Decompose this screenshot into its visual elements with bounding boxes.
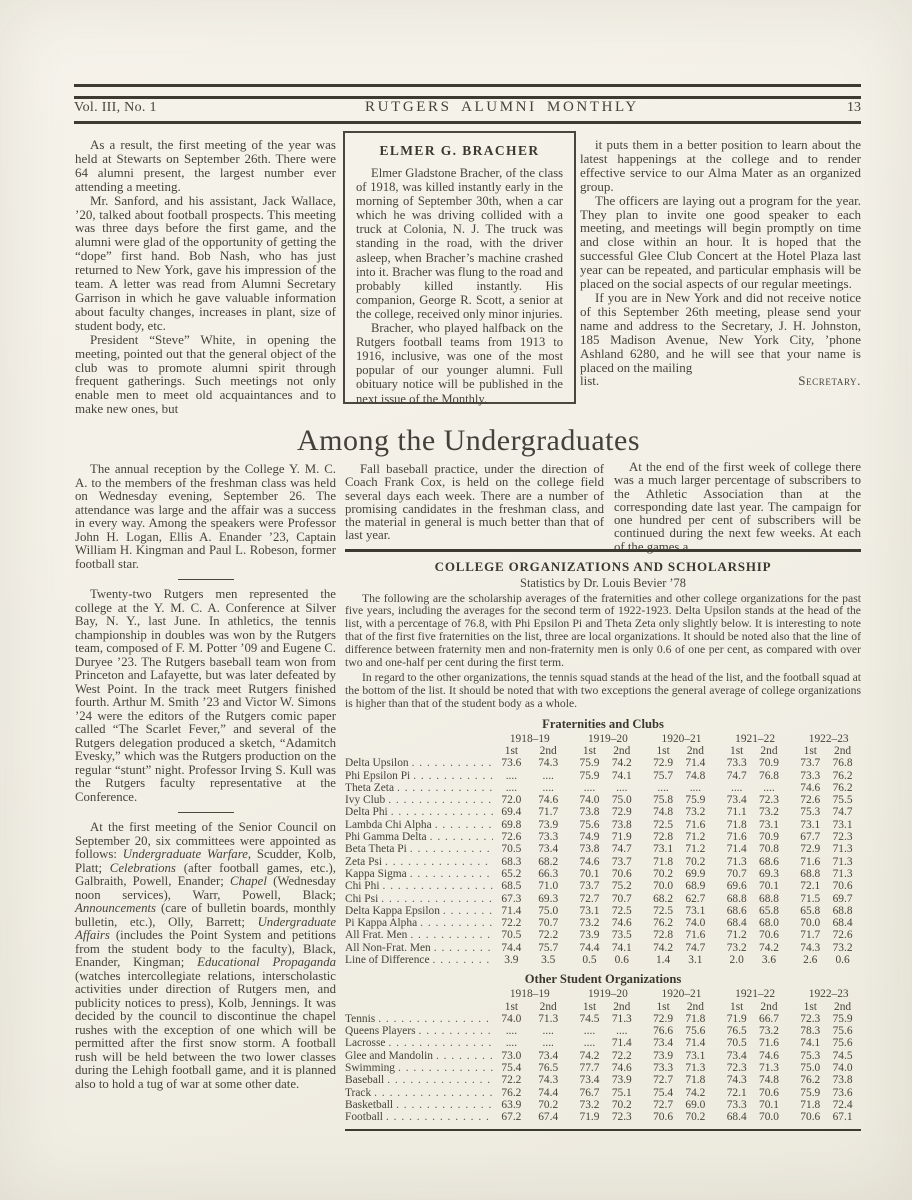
- value-cell: 69.4: [493, 806, 530, 818]
- year-header: 1921–22: [714, 733, 788, 745]
- paragraph: In regard to the other organizations, th…: [345, 672, 861, 711]
- value-cell: 70.2: [677, 1111, 714, 1123]
- value-cell: 73.1: [677, 905, 714, 917]
- row-label: Tennis: [345, 1013, 493, 1025]
- value-cell: 74.0: [677, 917, 714, 929]
- paragraph: The annual reception by the College Y. M…: [75, 463, 336, 571]
- value-cell: 72.3: [714, 1062, 751, 1074]
- term-header: 1st: [567, 1001, 604, 1013]
- value-cell: 65.8: [787, 905, 824, 917]
- value-cell: 71.2: [677, 831, 714, 843]
- value-cell: 71.3: [824, 868, 861, 880]
- value-cell: ....: [567, 1037, 604, 1049]
- value-cell: ....: [493, 770, 530, 782]
- paragraph-divider: [178, 579, 234, 580]
- row-label: Football: [345, 1111, 493, 1123]
- value-cell: 74.6: [603, 1062, 640, 1074]
- value-cell: 72.8: [640, 929, 677, 941]
- value-cell: 71.3: [751, 1062, 788, 1074]
- value-cell: 70.6: [603, 868, 640, 880]
- value-cell: 74.8: [640, 806, 677, 818]
- value-cell: 70.7: [714, 868, 751, 880]
- value-cell: 70.6: [751, 1087, 788, 1099]
- value-cell: 68.2: [640, 893, 677, 905]
- value-cell: 72.5: [640, 819, 677, 831]
- value-cell: 75.9: [567, 770, 604, 782]
- term-header: 1st: [493, 745, 530, 757]
- value-cell: 72.0: [493, 794, 530, 806]
- value-cell: 0.6: [603, 954, 640, 966]
- row-label: Phi Epsilon Pi: [345, 770, 493, 782]
- value-cell: 74.2: [640, 942, 677, 954]
- value-cell: 72.5: [603, 905, 640, 917]
- value-cell: 73.4: [640, 1037, 677, 1049]
- value-cell: ....: [493, 1037, 530, 1049]
- row-label: Pi Kappa Alpha: [345, 917, 493, 929]
- year-header: 1922–23: [787, 733, 861, 745]
- value-cell: 73.9: [603, 1074, 640, 1086]
- value-cell: 68.4: [714, 917, 751, 929]
- value-cell: 74.3: [714, 1074, 751, 1086]
- row-label: Glee and Mandolin: [345, 1050, 493, 1062]
- value-cell: 68.8: [824, 905, 861, 917]
- term-header: 2nd: [751, 1001, 788, 1013]
- dot-leader: [396, 1099, 493, 1111]
- row-label: Delta Kappa Epsilon: [345, 905, 493, 917]
- value-cell: 72.3: [824, 831, 861, 843]
- dot-leader: [374, 1087, 493, 1099]
- dot-leader: [388, 1037, 493, 1049]
- value-cell: 71.4: [677, 757, 714, 769]
- value-cell: 74.2: [603, 757, 640, 769]
- value-cell: 73.2: [751, 806, 788, 818]
- value-cell: 74.4: [567, 942, 604, 954]
- value-cell: 71.6: [677, 819, 714, 831]
- bottom-rule: [345, 1129, 861, 1132]
- term-header: 1st: [640, 745, 677, 757]
- table-row: Zeta Psi68.368.274.673.771.870.271.368.6…: [345, 856, 861, 868]
- row-label: Lacrosse: [345, 1037, 493, 1049]
- value-cell: 71.9: [714, 1013, 751, 1025]
- term-header: 1st: [640, 1001, 677, 1013]
- value-cell: 73.1: [787, 819, 824, 831]
- dot-leader: [436, 1050, 493, 1062]
- header-double-rule: [74, 84, 861, 99]
- term-header: 2nd: [677, 1001, 714, 1013]
- value-cell: 68.3: [493, 856, 530, 868]
- value-cell: ....: [567, 1025, 604, 1037]
- value-cell: 70.1: [567, 868, 604, 880]
- value-cell: 73.9: [567, 929, 604, 941]
- value-cell: ....: [530, 1037, 567, 1049]
- value-cell: ....: [640, 782, 677, 794]
- value-cell: 70.7: [603, 893, 640, 905]
- dot-leader: [383, 880, 493, 892]
- value-cell: 71.9: [567, 1111, 604, 1123]
- value-cell: 71.5: [787, 893, 824, 905]
- row-label: Basketball: [345, 1099, 493, 1111]
- value-cell: 65.2: [493, 868, 530, 880]
- paragraph: The officers are laying out a program fo…: [580, 194, 861, 291]
- term-header: 2nd: [751, 745, 788, 757]
- value-cell: 74.6: [603, 917, 640, 929]
- term-header: 1st: [714, 745, 751, 757]
- table-year-header-row: 1918–191919–201920–211921–221922–23: [345, 733, 861, 745]
- value-cell: 3.6: [751, 954, 788, 966]
- paragraph: At the end of the first week of college …: [614, 461, 861, 554]
- value-cell: 76.6: [640, 1025, 677, 1037]
- table-row: Glee and Mandolin73.073.474.272.273.973.…: [345, 1050, 861, 1062]
- value-cell: 76.7: [567, 1087, 604, 1099]
- value-cell: 1.4: [640, 954, 677, 966]
- value-cell: 74.6: [530, 794, 567, 806]
- value-cell: 73.2: [567, 1099, 604, 1111]
- term-header: 2nd: [530, 1001, 567, 1013]
- table-row: Delta Upsilon73.674.375.974.272.971.473.…: [345, 757, 861, 769]
- value-cell: 70.9: [751, 831, 788, 843]
- value-cell: 70.5: [493, 929, 530, 941]
- value-cell: 3.5: [530, 954, 567, 966]
- paragraph: If you are in New York and did not recei…: [580, 291, 861, 374]
- value-cell: 74.0: [567, 794, 604, 806]
- table-row: Kappa Sigma65.266.370.170.670.269.970.76…: [345, 868, 861, 880]
- row-label: Delta Upsilon: [345, 757, 493, 769]
- value-cell: 76.8: [824, 757, 861, 769]
- value-cell: 78.3: [787, 1025, 824, 1037]
- value-cell: 70.9: [751, 757, 788, 769]
- organizations-table: 1918–191919–201920–211921–221922–231st2n…: [345, 988, 861, 1123]
- value-cell: 73.3: [787, 770, 824, 782]
- value-cell: 73.2: [824, 942, 861, 954]
- value-cell: 71.8: [640, 856, 677, 868]
- value-cell: 76.2: [824, 770, 861, 782]
- table-row: Swimming75.476.577.774.673.371.372.371.3…: [345, 1062, 861, 1074]
- dot-leader: [391, 806, 493, 818]
- value-cell: ....: [603, 782, 640, 794]
- value-cell: 73.2: [677, 806, 714, 818]
- value-cell: 76.2: [787, 1074, 824, 1086]
- row-label: Line of Difference: [345, 954, 493, 966]
- value-cell: 73.2: [714, 942, 751, 954]
- scholarship-byline: Statistics by Dr. Louis Bevier ’78: [345, 576, 861, 591]
- value-cell: 71.8: [787, 1099, 824, 1111]
- table-row: Lacrosse............71.473.471.470.571.6…: [345, 1037, 861, 1049]
- value-cell: 72.3: [751, 794, 788, 806]
- value-cell: 71.6: [751, 1037, 788, 1049]
- row-label: Track: [345, 1087, 493, 1099]
- value-cell: 73.8: [824, 1074, 861, 1086]
- value-cell: 70.6: [751, 929, 788, 941]
- header-rule: [74, 121, 861, 124]
- value-cell: 71.3: [824, 843, 861, 855]
- value-cell: 75.0: [787, 1062, 824, 1074]
- year-header: 1918–19: [493, 733, 567, 745]
- value-cell: 71.9: [603, 831, 640, 843]
- value-cell: 73.1: [751, 819, 788, 831]
- value-cell: 73.9: [530, 819, 567, 831]
- value-cell: 70.7: [530, 917, 567, 929]
- paragraph: Bracher, who played halfback on the Rutg…: [356, 321, 563, 406]
- value-cell: 73.2: [567, 917, 604, 929]
- value-cell: 73.6: [493, 757, 530, 769]
- value-cell: 70.0: [787, 917, 824, 929]
- year-header: 1920–21: [640, 733, 714, 745]
- value-cell: 74.4: [530, 1087, 567, 1099]
- value-cell: ....: [530, 1025, 567, 1037]
- value-cell: 71.7: [787, 929, 824, 941]
- value-cell: 67.7: [787, 831, 824, 843]
- table-row: Chi Psi67.369.372.770.768.262.768.868.87…: [345, 893, 861, 905]
- value-cell: 72.6: [824, 929, 861, 941]
- value-cell: 70.6: [787, 1111, 824, 1123]
- year-header: 1919–20: [567, 988, 641, 1000]
- value-cell: 75.7: [640, 770, 677, 782]
- obituary-title: ELMER G. BRACHER: [356, 143, 563, 159]
- term-header: 1st: [787, 745, 824, 757]
- value-cell: ....: [714, 782, 751, 794]
- row-label: Beta Theta Pi: [345, 843, 493, 855]
- value-cell: 73.8: [567, 806, 604, 818]
- year-header: 1921–22: [714, 988, 788, 1000]
- value-cell: 75.9: [567, 757, 604, 769]
- value-cell: 73.7: [567, 880, 604, 892]
- value-cell: 72.6: [787, 794, 824, 806]
- table-term-header-row: 1st2nd1st2nd1st2nd1st2nd1st2nd: [345, 1001, 861, 1013]
- value-cell: ....: [493, 782, 530, 794]
- paragraph: The following are the scholarship averag…: [345, 593, 861, 670]
- term-header: 2nd: [603, 745, 640, 757]
- value-cell: 68.4: [714, 1111, 751, 1123]
- value-cell: 76.5: [530, 1062, 567, 1074]
- value-cell: 71.8: [677, 1013, 714, 1025]
- value-cell: 68.0: [751, 917, 788, 929]
- page-header: Vol. III, No. 1 RUTGERS ALUMNI MONTHLY 1…: [74, 99, 861, 116]
- table-row: Phi Epsilon Pi........75.974.175.774.874…: [345, 770, 861, 782]
- value-cell: 67.1: [824, 1111, 861, 1123]
- value-cell: 72.1: [787, 880, 824, 892]
- value-cell: 69.3: [751, 868, 788, 880]
- value-cell: 69.0: [677, 1099, 714, 1111]
- value-cell: 75.4: [640, 1087, 677, 1099]
- dot-leader: [398, 1062, 493, 1074]
- value-cell: 71.3: [603, 1013, 640, 1025]
- value-cell: 73.8: [603, 819, 640, 831]
- value-cell: 72.2: [530, 929, 567, 941]
- value-cell: 73.9: [640, 1050, 677, 1062]
- value-cell: 70.2: [530, 1099, 567, 1111]
- dot-leader: [410, 868, 493, 880]
- value-cell: 69.7: [824, 893, 861, 905]
- value-cell: 68.9: [677, 880, 714, 892]
- value-cell: 72.7: [640, 1099, 677, 1111]
- value-cell: 69.8: [493, 819, 530, 831]
- dot-leader: [419, 1025, 493, 1037]
- row-label: All Frat. Men: [345, 929, 493, 941]
- value-cell: 71.7: [530, 806, 567, 818]
- secretary-signoff: Secretary.: [798, 374, 861, 388]
- year-header: 1919–20: [567, 733, 641, 745]
- table-row: Tennis74.071.374.571.372.971.871.966.772…: [345, 1013, 861, 1025]
- table-row: All Frat. Men70.572.273.973.572.871.671.…: [345, 929, 861, 941]
- value-cell: 74.5: [567, 1013, 604, 1025]
- value-cell: 71.3: [530, 1013, 567, 1025]
- value-cell: 75.9: [677, 794, 714, 806]
- value-cell: 71.3: [824, 856, 861, 868]
- value-cell: 71.2: [677, 843, 714, 855]
- value-cell: 70.5: [714, 1037, 751, 1049]
- value-cell: 0.6: [824, 954, 861, 966]
- value-cell: 75.1: [603, 1087, 640, 1099]
- value-cell: 71.6: [714, 831, 751, 843]
- value-cell: 73.1: [640, 843, 677, 855]
- row-label: Swimming: [345, 1062, 493, 1074]
- value-cell: 63.9: [493, 1099, 530, 1111]
- value-cell: 72.8: [640, 831, 677, 843]
- value-cell: 74.7: [824, 806, 861, 818]
- value-cell: 72.9: [787, 843, 824, 855]
- table-row: Ivy Club72.074.674.075.075.875.973.472.3…: [345, 794, 861, 806]
- value-cell: 74.7: [603, 843, 640, 855]
- term-header: 1st: [567, 745, 604, 757]
- value-cell: 73.5: [603, 929, 640, 941]
- club-news-right-column: it puts them in a better position to lea…: [580, 138, 861, 388]
- value-cell: 71.3: [677, 1062, 714, 1074]
- value-cell: 71.6: [677, 929, 714, 941]
- value-cell: ....: [530, 782, 567, 794]
- value-cell: 70.2: [640, 868, 677, 880]
- value-cell: 74.0: [493, 1013, 530, 1025]
- value-cell: 75.4: [493, 1062, 530, 1074]
- term-header: 2nd: [603, 1001, 640, 1013]
- value-cell: 72.9: [640, 757, 677, 769]
- table-row: Football67.267.471.972.370.670.268.470.0…: [345, 1111, 861, 1123]
- value-cell: 69.9: [677, 868, 714, 880]
- value-cell: 71.4: [603, 1037, 640, 1049]
- row-label: Chi Phi: [345, 880, 493, 892]
- value-cell: 67.4: [530, 1111, 567, 1123]
- value-cell: 68.8: [751, 893, 788, 905]
- value-cell: 72.2: [603, 1050, 640, 1062]
- value-cell: 77.7: [567, 1062, 604, 1074]
- value-cell: 73.3: [714, 1099, 751, 1111]
- fraternities-table: 1918–191919–201920–211921–221922–231st2n…: [345, 733, 861, 967]
- value-cell: 72.5: [640, 905, 677, 917]
- dot-leader: [435, 819, 493, 831]
- value-cell: 72.3: [603, 1111, 640, 1123]
- volume-label: Vol. III, No. 1: [74, 100, 157, 116]
- value-cell: 72.3: [787, 1013, 824, 1025]
- value-cell: 71.6: [787, 856, 824, 868]
- value-cell: 69.6: [714, 880, 751, 892]
- value-cell: 73.8: [567, 843, 604, 855]
- row-label: Zeta Psi: [345, 856, 493, 868]
- value-cell: 71.8: [677, 1074, 714, 1086]
- scholarship-heading: COLLEGE ORGANIZATIONS AND SCHOLARSHIP: [345, 559, 861, 575]
- value-cell: 75.8: [640, 794, 677, 806]
- page-number: 13: [847, 100, 861, 116]
- dot-leader: [387, 1074, 493, 1086]
- value-cell: 74.8: [677, 770, 714, 782]
- section-rule: [345, 549, 861, 552]
- value-cell: 76.5: [714, 1025, 751, 1037]
- value-cell: 75.6: [677, 1025, 714, 1037]
- value-cell: 68.2: [530, 856, 567, 868]
- dot-leader: [430, 831, 493, 843]
- term-header: 1st: [714, 1001, 751, 1013]
- value-cell: 73.4: [530, 843, 567, 855]
- value-cell: 2.0: [714, 954, 751, 966]
- dot-leader: [434, 942, 493, 954]
- paragraph: At the first meeting of the Senior Counc…: [75, 821, 336, 1091]
- value-cell: 71.4: [677, 1037, 714, 1049]
- term-header: 2nd: [530, 745, 567, 757]
- value-cell: 75.3: [787, 806, 824, 818]
- value-cell: 70.2: [603, 1099, 640, 1111]
- value-cell: 76.2: [824, 782, 861, 794]
- value-cell: 73.7: [787, 757, 824, 769]
- value-cell: 0.5: [567, 954, 604, 966]
- value-cell: 70.6: [824, 880, 861, 892]
- term-header: 2nd: [824, 1001, 861, 1013]
- value-cell: 72.2: [493, 1074, 530, 1086]
- dot-leader: [386, 1111, 493, 1123]
- table-row: Chi Phi68.571.073.775.270.068.969.670.17…: [345, 880, 861, 892]
- value-cell: 67.3: [493, 893, 530, 905]
- paragraph: Twenty-two Rutgers men represented the c…: [75, 588, 336, 804]
- value-cell: 70.1: [751, 1099, 788, 1111]
- row-label: All Non-Frat. Men: [345, 942, 493, 954]
- signoff-line: list. Secretary.: [580, 374, 861, 388]
- value-cell: 71.4: [493, 905, 530, 917]
- value-cell: 74.6: [787, 782, 824, 794]
- year-header: 1918–19: [493, 988, 567, 1000]
- value-cell: 73.1: [677, 1050, 714, 1062]
- value-cell: 75.2: [603, 880, 640, 892]
- value-cell: 73.4: [530, 1050, 567, 1062]
- value-cell: ....: [530, 770, 567, 782]
- magazine-page: Vol. III, No. 1 RUTGERS ALUMNI MONTHLY 1…: [0, 0, 912, 1200]
- value-cell: 73.7: [603, 856, 640, 868]
- value-cell: 70.2: [677, 856, 714, 868]
- value-cell: 73.0: [493, 1050, 530, 1062]
- value-cell: 71.0: [530, 880, 567, 892]
- dot-leader: [433, 954, 493, 966]
- value-cell: 75.5: [824, 794, 861, 806]
- value-cell: 74.0: [824, 1062, 861, 1074]
- value-cell: 68.8: [714, 893, 751, 905]
- table-row: All Non-Frat. Men74.475.774.474.174.274.…: [345, 942, 861, 954]
- paragraph: Elmer Gladstone Bracher, of the class of…: [356, 166, 563, 321]
- value-cell: 70.0: [640, 880, 677, 892]
- value-cell: 70.8: [751, 843, 788, 855]
- row-label: Chi Psi: [345, 893, 493, 905]
- dot-leader: [385, 856, 493, 868]
- value-cell: 74.3: [530, 1074, 567, 1086]
- value-cell: 74.6: [751, 1050, 788, 1062]
- value-cell: 74.2: [751, 942, 788, 954]
- dot-leader: [410, 843, 493, 855]
- table-row: Queens Players................76.675.676…: [345, 1025, 861, 1037]
- value-cell: ....: [493, 1025, 530, 1037]
- value-cell: 75.6: [824, 1037, 861, 1049]
- year-header: 1920–21: [640, 988, 714, 1000]
- paragraph: President “Steve” White, in opening the …: [75, 333, 336, 416]
- value-cell: 74.8: [751, 1074, 788, 1086]
- value-cell: 74.4: [493, 942, 530, 954]
- value-cell: 71.2: [714, 929, 751, 941]
- value-cell: ....: [751, 782, 788, 794]
- value-cell: 73.3: [530, 831, 567, 843]
